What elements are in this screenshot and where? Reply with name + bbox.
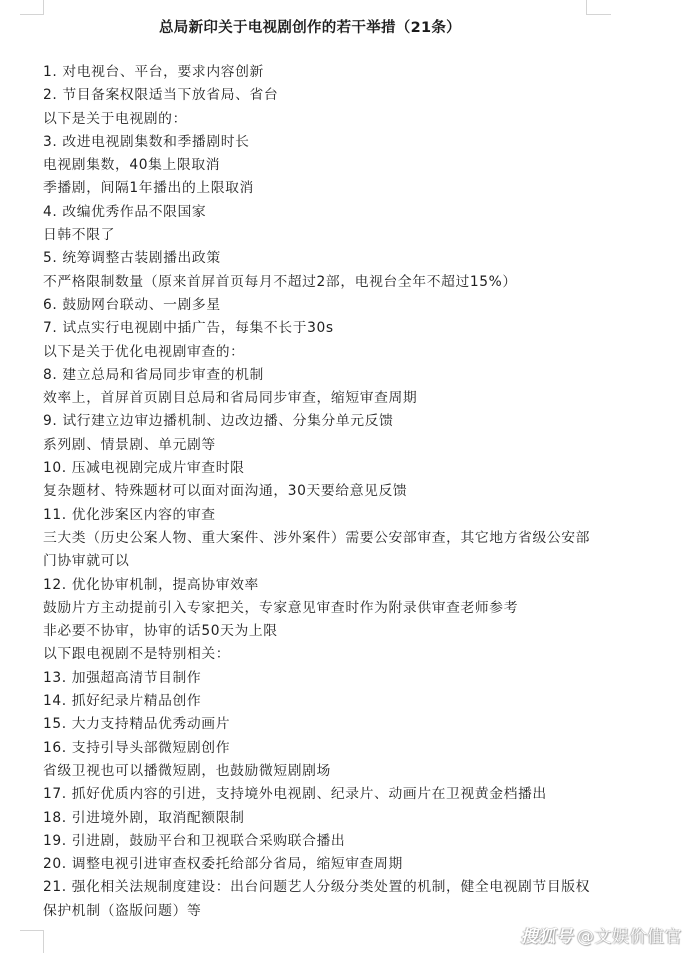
list-item-9: 9. 试行建立边审边播机制、边改边播、分集分单元反馈	[43, 410, 643, 433]
watermark-account: @文娱价值官	[577, 927, 682, 947]
list-item-21: 21. 强化相关法规制度建设：出台问题艺人分级分类处置的机制，健全电视剧节目版权	[43, 876, 643, 899]
list-item-5: 5. 统筹调整古装剧播出政策	[43, 247, 643, 270]
crop-mark-bottom-left	[20, 930, 44, 953]
list-item-12: 12. 优化协审机制，提高协审效率	[43, 574, 643, 597]
list-item-17: 17. 抓好优质内容的引进，支持境外电视剧、纪录片、动画片在卫视黄金档播出	[43, 783, 643, 806]
list-item-19: 19. 引进剧，鼓励平台和卫视联合采购联合播出	[43, 830, 643, 853]
section-heading-other: 以下跟电视剧不是特别相关：	[43, 643, 643, 666]
watermark: 搜狐号@文娱价值官	[521, 922, 683, 947]
list-item-1: 1. 对电视台、平台，要求内容创新	[43, 61, 643, 84]
note-text: 三大类（历史公案人物、重大案件、涉外案件）需要公安部审查，其它地方省级公安部	[43, 527, 643, 550]
list-item-21-continued: 保护机制（盗版问题）等	[43, 900, 643, 923]
list-item-10: 10. 压减电视剧完成片审查时限	[43, 457, 643, 480]
note-text: 省级卫视也可以播微短剧，也鼓励微短剧剧场	[43, 760, 643, 783]
note-text: 鼓励片方主动提前引入专家把关，专家意见审查时作为附录供审查老师参考	[43, 597, 643, 620]
document-title: 总局新印关于电视剧创作的若干举措（21条）	[0, 16, 620, 37]
list-item-3: 3. 改进电视剧集数和季播剧时长	[43, 131, 643, 154]
section-heading-tv-drama: 以下是关于电视剧的：	[43, 108, 643, 131]
note-text: 季播剧，间隔1年播出的上限取消	[43, 177, 643, 200]
list-item-2: 2. 节目备案权限适当下放省局、省台	[43, 84, 643, 107]
crop-mark-top-right	[586, 0, 611, 15]
document-body: 1. 对电视台、平台，要求内容创新 2. 节目备案权限适当下放省局、省台 以下是…	[43, 61, 643, 923]
note-text: 日韩不限了	[43, 224, 643, 247]
note-text: 不严格限制数量（原来首屏首页每月不超过2部，电视台全年不超过15%）	[43, 271, 643, 294]
crop-mark-top-left	[20, 0, 44, 15]
list-item-13: 13. 加强超高清节目制作	[43, 667, 643, 690]
list-item-8: 8. 建立总局和省局同步审查的机制	[43, 364, 643, 387]
note-text: 复杂题材、特殊题材可以面对面沟通，30天要给意见反馈	[43, 480, 643, 503]
list-item-20: 20. 调整电视引进审查权委托给部分省局，缩短审查周期	[43, 853, 643, 876]
note-text: 电视剧集数，40集上限取消	[43, 154, 643, 177]
note-text-continued: 门协审就可以	[43, 550, 643, 573]
list-item-16: 16. 支持引导头部微短剧创作	[43, 737, 643, 760]
note-text: 非必要不协审，协审的话50天为上限	[43, 620, 643, 643]
list-item-11: 11. 优化涉案区内容的审查	[43, 504, 643, 527]
note-text: 系列剧、情景剧、单元剧等	[43, 434, 643, 457]
list-item-6: 6. 鼓励网台联动、一剧多星	[43, 294, 643, 317]
section-heading-review: 以下是关于优化电视剧审查的：	[43, 341, 643, 364]
list-item-7: 7. 试点实行电视剧中插广告，每集不长于30s	[43, 317, 643, 340]
list-item-14: 14. 抓好纪录片精品创作	[43, 690, 643, 713]
list-item-4: 4. 改编优秀作品不限国家	[43, 201, 643, 224]
note-text: 效率上，首屏首页剧目总局和省局同步审查，缩短审查周期	[43, 387, 643, 410]
list-item-18: 18. 引进境外剧，取消配额限制	[43, 807, 643, 830]
watermark-brand: 搜狐号	[521, 927, 574, 947]
list-item-15: 15. 大力支持精品优秀动画片	[43, 713, 643, 736]
